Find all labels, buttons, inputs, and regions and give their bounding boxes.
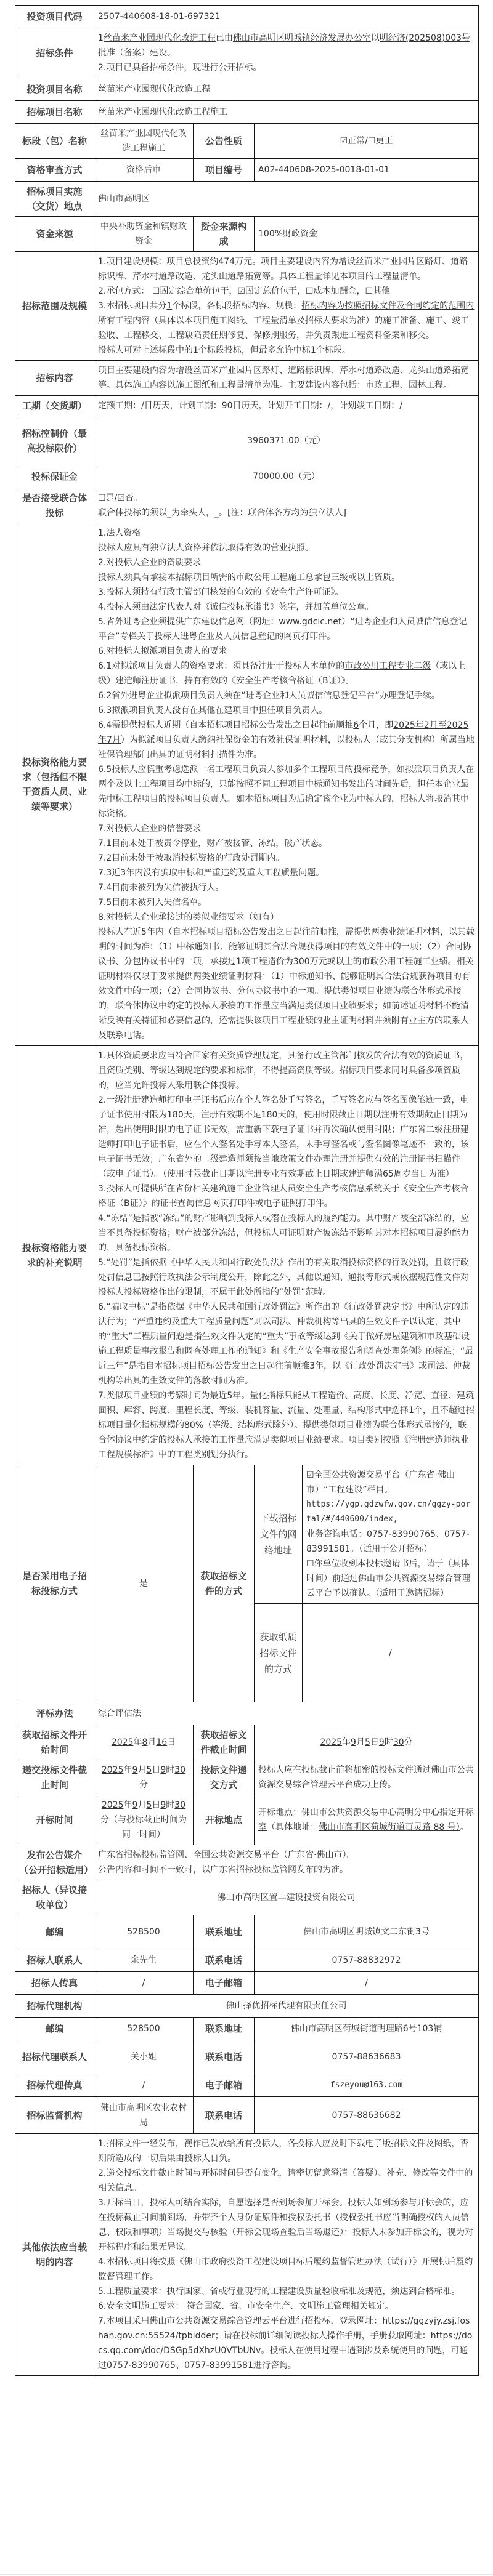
agency-email[interactable]: fszeyou@163.com [255, 2074, 479, 2097]
location-value: 佛山市高明区 [94, 182, 479, 217]
text: 。 [417, 272, 426, 281]
text: / [399, 401, 402, 411]
row-deposit: 投标保证金 70000.00（元） [15, 465, 479, 488]
approval-org: 佛山市高明区明城镇经济发展办公室 [233, 33, 371, 43]
row-conditions: 招标条件 1丝苗米产业园现代化改造工程已由佛山市高明区明城镇经济发展办公室以明经… [15, 28, 479, 78]
label: 联系地址 [194, 2018, 255, 2040]
label: 招标代理机构 [15, 1995, 94, 2018]
platform-link[interactable]: https://ygp.gdzwfw.gov.cn/ggzy-portal/#/… [306, 1497, 475, 1527]
doc-end-time: 2025年9月5日9时30分 [255, 1725, 479, 1760]
text: 5.省外进粤企业须提供广东建设信息网（网址：www.gdcic.net）“进粤企… [98, 614, 475, 644]
electronic-value: 是 [94, 1465, 194, 1702]
label: 招标监督机构 [15, 2097, 94, 2134]
other-value: 1.招标文件一经发布，视作已发放给所有投标人，各投标人应及时下载电子版招标文件及… [94, 2134, 479, 2376]
text: 7.3近3年内没有骗取中标和严重违约及重大工程质量问题。 [98, 866, 475, 880]
text: 月 [356, 1737, 365, 1747]
text: 300万元或以上的市政公用工程施工 [293, 957, 431, 967]
consortium-value: ☐是/☑否。 联合体投标的须以_为牵头人，_。[注：联合体各方均为独立法人] [94, 488, 479, 523]
text: 7.本项目采用佛山市公共资源交易综合管理云平台进行招投标，登录网址：https:… [98, 2314, 475, 2373]
label: 是否接受联合体投标 [15, 488, 94, 523]
label: 投标资格能力要求（包括但不限于资质人员、业绩等要求） [15, 523, 94, 1046]
label: 招标内容 [15, 361, 94, 396]
text: 90 [222, 401, 233, 411]
agency-value: 佛山择优招标代理有限责任公司 [94, 1995, 479, 2018]
row-invest-name: 投资项目名称 丝苗米产业园现代化改造工程 [15, 78, 479, 101]
text: 4.本招标项目将按照《佛山市政府投资工程建设项目标后履约监督管理办法（试行）》开… [98, 2255, 475, 2284]
agency-postcode: 528500 [94, 2018, 194, 2040]
text: 个月，即 [359, 720, 393, 730]
label: 招标代理联系人 [15, 2040, 94, 2074]
label: 获取招标文件截止时间 [194, 1725, 255, 1760]
approval-doc: 明经济(202508)003号 [380, 33, 470, 43]
content-value: 项目主要建设内容为增设丝苗米产业园片区路灯、道路标识牌、芹水村道路改造、龙头山道… [94, 361, 479, 396]
text: 佛山市高明区荷城街道百灵路 88 号） [319, 1822, 460, 1832]
text: 2.项目已具备招标条件，现进行公开招标。 [98, 60, 475, 75]
text: 5.工程质量要求：执行国家、省或行业现行的工程建设质量验收标准及规范，须达到合格… [98, 2284, 475, 2299]
text: 个标段，各标段招标内容、规模： [172, 301, 301, 311]
label: 下载招标文件的网络地址 [255, 1465, 303, 1604]
bid-project-name-value: 丝苗米产业园现代化改造工程施工 [94, 101, 479, 124]
label: 邮编 [15, 2018, 94, 2040]
row-evaluation: 评标办法 综合评估法 [15, 1702, 479, 1725]
text: 日历天，计划开工日期： [233, 401, 328, 411]
text: 8.对投标人企业承接过的类似业绩要求（如有） [98, 910, 475, 925]
label: 获取招标文件的方式 [194, 1465, 255, 1702]
notice-container: 投资项目代码 2507-440608-18-01-697321 招标条件 1丝苗… [0, 0, 493, 2376]
label: 招标项目实施（交货）地点 [15, 182, 94, 217]
text: 30 [393, 1737, 404, 1747]
contract-type: 2.承包方式： ☐固定综合单价包干，☑固定总价包干，☐成本加酬金，☐其他 [98, 284, 475, 299]
row-media: 发布公告媒介（公开招标适用） 广东省招标投标监管网、全国公共资源交易平台（广东省… [15, 1845, 479, 1880]
text: 。 [426, 331, 434, 340]
row-tenderer: 招标人（异议接收单位） 佛山市高明区置丰建设投资有限公司 [15, 1880, 479, 1915]
tenderer-postcode: 528500 [94, 1915, 194, 1949]
text: 。 [460, 1822, 469, 1832]
label: 标段（包）名称 [15, 124, 94, 159]
row-tenderer-post: 邮编 528500 联系地址 佛山市高明区明城镇文二东街3号 [15, 1915, 479, 1949]
text: 2.对投标人企业的资质要求 [98, 555, 475, 570]
text: 分 [100, 1815, 109, 1825]
conditions-value: 1丝苗米产业园现代化改造工程已由佛山市高明区明城镇经济发展办公室以明经济(202… [94, 28, 479, 78]
review-value: 资格后审 [94, 159, 194, 182]
row-location: 招标项目实施（交货）地点 佛山市高明区 [15, 182, 479, 217]
funding-composition-value: 100%财政资金 [255, 217, 479, 252]
label: 招标项目名称 [15, 101, 94, 124]
label: 联系地址 [194, 1915, 255, 1949]
row-tenderer-contact: 招标人联系人 余先生 联系电话 0757-88832972 [15, 1949, 479, 1972]
text: 日 [167, 1737, 176, 1747]
text: 以 [371, 33, 380, 43]
text: 16 [156, 1737, 167, 1747]
label: 资格审查方式 [15, 159, 94, 182]
text: 日 [152, 1800, 160, 1810]
text: 已由 [216, 33, 233, 43]
text: 批准（备案）建设。 [98, 48, 176, 58]
row-opening: 开标时间 2025年9月5日9时30分（与投标截止时间为同一时间） 开标地点 开… [15, 1795, 479, 1845]
text: ，计划竣工日期： [330, 401, 399, 411]
text: 日历天，计划工期： [144, 401, 222, 411]
funding-value: 中央补助资金和镇财政资金 [94, 217, 194, 252]
text: 月 [137, 1765, 146, 1775]
text: 年 [124, 1765, 132, 1775]
media-value: 广东省招标投标监管网、全国公共资源交易平台（广东省·佛山市）。 公告内容和时间不… [94, 1845, 479, 1880]
text: 年 [124, 1800, 132, 1810]
text: 月 [147, 1737, 156, 1747]
label: 是否采用电子招标投标方式 [15, 1465, 94, 1702]
label: 招标条件 [15, 28, 94, 78]
label: 其他依法应当载明的内容 [15, 2134, 94, 2376]
text: 2025 [102, 1800, 124, 1810]
text: 6.“骗取中标”是指依据《中华人民共和国行政处罚法》所作出的《行政处罚决定书》中… [98, 1300, 475, 1388]
text: 1 [98, 33, 104, 43]
text: 6.对投标人拟派项目负责人的要求 [98, 644, 475, 659]
text: 6.3拟派项目负责人没有在其他在建项目中担任项目负责人。 [98, 703, 475, 718]
row-other: 其他依法应当载明的内容 1.招标文件一经发布，视作已发放给所有投标人，各投标人应… [15, 2134, 479, 2376]
supervisor-value: 佛山市高明区农业农村局 [94, 2097, 194, 2134]
text: 时 [385, 1737, 393, 1747]
opening-time: 2025年9月5日9时30分（与投标截止时间为同一时间） [94, 1795, 194, 1845]
text: 7.4目前未被列为失信被执行人。 [98, 880, 475, 895]
text: 2025 [112, 1737, 134, 1747]
label: 电子邮箱 [194, 2074, 255, 2097]
label: 投资项目名称 [15, 78, 94, 101]
text: 开标地点： [258, 1808, 301, 1817]
label: 公告性质 [194, 124, 255, 159]
row-section: 标段（包）名称 丝苗米产业园现代化改造工程施工 公告性质 ☑正常/☐更正 [15, 124, 479, 159]
text: 年 [133, 1737, 142, 1747]
row-tenderer-fax: 招标人传真 / 电子邮箱 / [15, 1972, 479, 1995]
text: 3.开标当日，投标人可结合实际，自愿选择是否到场参加开标会。投标人如到场参与开标… [98, 2196, 475, 2255]
submit-method-value: 投标人应在投标截止前将加密的投标文件通过佛山市公共资源交易综合管理云平台成功上传… [255, 1760, 479, 1795]
doc-start-time: 2025年8月16日 [94, 1725, 194, 1760]
page-bottom-divider [0, 2574, 493, 2575]
project-no-value: A02-440608-2025-0018-01-01 [255, 159, 479, 182]
text: 3.投标人可提供所在省份相关建筑施工企业管理人员安全生产考核信息系统关于《安全生… [98, 1181, 475, 1211]
label: 招标代理传真 [15, 2074, 94, 2097]
text: 承接过 [210, 957, 236, 967]
label: 评标办法 [15, 1702, 94, 1725]
row-agency-contact: 招标代理联系人 关小姐 联系电话 0757-88636683 [15, 2040, 479, 2074]
label: 递交投标文件截止时间 [15, 1760, 94, 1795]
tenderer-address: 佛山市高明区明城镇文二东街3号 [255, 1915, 479, 1949]
label: 招标范围及规模 [15, 252, 94, 361]
row-consortium: 是否接受联合体投标 ☐是/☑否。 联合体投标的须以_为牵头人，_。[注：联合体各… [15, 488, 479, 523]
scope-value: 1.项目建设规模：项目总投资约474万元。项目主要建设内容为增设丝苗米产业园片区… [94, 252, 479, 361]
label: 开标地点 [194, 1795, 255, 1845]
text: 市政公用工程专业二级 [344, 661, 431, 671]
text: 1 [166, 301, 172, 311]
ceiling-price-value: 3960371.00（元） [94, 416, 479, 465]
text: 30 [174, 1765, 185, 1775]
text: 年 [342, 1737, 351, 1747]
text: 6.4需提供投标人近期（自本招标项目招标公告发出之日起往前顺推 [98, 720, 353, 730]
text: 4.“冻结”是指被“冻结”的财产影响到投标人或潜在投标人的履约能力。其中财产被全… [98, 1211, 475, 1255]
tender-notice-table: 投资项目代码 2507-440608-18-01-697321 招标条件 1丝苗… [15, 5, 479, 2376]
deposit-value: 70000.00（元） [94, 465, 479, 488]
label: 投标文件递交方式 [194, 1760, 255, 1795]
text: 1项工程造价为 [236, 957, 293, 967]
supplement-value: 1.具体资质要求应当符合国家有关资质管理规定，具备行政主管部门核发的合法有效的资… [94, 1046, 479, 1465]
label: 工期（交货期） [15, 396, 94, 416]
text: 时 [166, 1765, 174, 1775]
text: 3.投标人须持有行政主管部门核发的有效的《安全生产许可证》。 [98, 585, 475, 600]
platform-option: ☑全国公共资源交易平台（广东省·佛山市）“工程建设”栏目。 [306, 1468, 475, 1497]
agency-contact-name: 关小姐 [94, 2040, 194, 2074]
text: 3.本招标项目共分 [98, 301, 166, 311]
agency-fax-value: / [94, 2074, 194, 2097]
text: 联合体投标的须以_为牵头人，_。[注：联合体各方均为独立法人] [98, 505, 475, 520]
text: 9 [160, 1765, 166, 1775]
label: 获取招标文件开始时间 [15, 1725, 94, 1760]
text: 7.2目前未处于被取消投标资格的行政处罚期内。 [98, 851, 475, 866]
tenderer-value: 佛山市高明区置丰建设投资有限公司 [94, 1880, 479, 1915]
section-value: 丝苗米产业园现代化改造工程施工 [94, 124, 194, 159]
text: 日 [370, 1737, 379, 1747]
text: 1.招标文件一经发布，视作已发放给所有投标人，各投标人应及时下载电子版招标文件及… [98, 2136, 475, 2166]
label: 资金来源 [15, 217, 94, 252]
text: 6.1对拟派项目负责人的资格要求：须具备注册于投标人本单位的 [98, 661, 344, 671]
text: 7.1目前未处于被责令停业，财产被接管、冻结，破产状态。 [98, 836, 475, 851]
row-electronic: 是否采用电子招标投标方式 是 获取招标文件的方式 下载招标文件的网络地址 ☑全国… [15, 1465, 479, 1604]
text: 2025 [320, 1737, 342, 1747]
agency-address: 佛山市高明区荷城街道明理路6号103铺 [255, 2018, 479, 2040]
text: 2025 [102, 1765, 124, 1775]
label: 电子邮箱 [194, 1972, 255, 1995]
text: 定额工期： [98, 401, 141, 411]
online-download-value: ☑全国公共资源交易平台（广东省·佛山市）“工程建设”栏目。 https://yg… [303, 1465, 479, 1604]
text: 公告内容和时间不一致时，以广东省招标投标监管网发布的为准。 [98, 1862, 475, 1877]
project-name: 丝苗米产业园现代化改造工程 [104, 33, 216, 43]
text: 9 [379, 1737, 385, 1747]
text: 6.2省外进粤企业拟派项目负责人须在“进粤企业和人员诚信信息登记平台”办理登记手… [98, 688, 475, 703]
label: 项目编号 [194, 159, 255, 182]
label: 招标人联系人 [15, 1949, 94, 1972]
paper-value: / [303, 1604, 479, 1702]
agency-phone: 0757-88636683 [255, 2040, 479, 2074]
text: 投标人须具有承接本招标项目所需的 [98, 573, 236, 582]
label: 联系电话 [194, 2097, 255, 2134]
label: 招标人（异议接收单位） [15, 1880, 94, 1915]
label: 招标控制价（最高投标限价） [15, 416, 94, 465]
text: 分 [404, 1737, 413, 1747]
row-funding: 资金来源 中央补助资金和镇财政资金 资金来源构成 100%财政资金 [15, 217, 479, 252]
text: （具体地址： [267, 1822, 319, 1832]
supervisor-phone: 0757-88636682 [255, 2097, 479, 2134]
label: 联系电话 [194, 2040, 255, 2074]
text: 月 [137, 1800, 146, 1810]
text: 5.“处罚”是指依据《中华人民共和国行政处罚法》作出的有关取消投标资格的行政处罚… [98, 1255, 475, 1300]
text: 7.类似项目业绩的考察时间为最近5年。量化指标只能从工程造价、高度、长度、净宽、… [98, 1388, 475, 1462]
text: 5 [365, 1737, 370, 1747]
notice-nature-value: ☑正常/☐更正 [255, 124, 479, 159]
row-qualification: 投标资格能力要求（包括但不限于资质人员、业绩等要求） 1.法人资格 投标人应具有… [15, 523, 479, 1046]
text: 6.安全文明施工要求： 符合国家、省、市安全生产、文明施工管理相关规定。 [98, 2299, 475, 2314]
text: 6 [353, 720, 359, 730]
invest-code-value: 2507-440608-18-01-697321 [94, 6, 479, 28]
invest-name-value: 丝苗米产业园现代化改造工程 [94, 78, 479, 101]
row-submit: 递交投标文件截止时间 2025年9月5日9时30分 投标文件递交方式 投标人应在… [15, 1760, 479, 1795]
evaluation-value: 综合评估法 [94, 1702, 479, 1725]
row-agency: 招标代理机构 佛山择优招标代理有限责任公司 [15, 1995, 479, 2018]
tenderer-fax-value: / [94, 1972, 194, 1995]
label: 发布公告媒介（公开招标适用） [15, 1845, 94, 1880]
row-duration: 工期（交货期） 定额工期：/日历天，计划工期：90日历天，计划开工日期：/，计划… [15, 396, 479, 416]
row-scope: 招标范围及规模 1.项目建设规模：项目总投资约474万元。项目主要建设内容为增设… [15, 252, 479, 361]
tenderer-phone: 0757-88832972 [255, 1949, 479, 1972]
label: 投标保证金 [15, 465, 94, 488]
text: 或以上资质。 [348, 573, 400, 582]
invite-option: ☐你单位收到本投标邀请书后，请于（具体时间）前通过佛山市公共资源交易综合管理云平… [306, 1556, 475, 1601]
tenderer-email: / [255, 1972, 479, 1995]
label: 资金来源构成 [194, 217, 255, 252]
row-bid-project-name: 招标项目名称 丝苗米产业园现代化改造工程施工 [15, 101, 479, 124]
qualification-value: 1.法人资格 投标人应具有独立法人资格并依法取得有效的营业执照。 2.对投标人企… [94, 523, 479, 1046]
opening-place-value: 开标地点：佛山市公共资源交易中心高明分中心指定开标室（具体地址：佛山市高明区荷城… [255, 1795, 479, 1845]
row-content: 招标内容 项目主要建设内容为增设丝苗米产业园片区路灯、道路标识牌、芹水村道路改造… [15, 361, 479, 396]
text: 市政公用工程施工总承包三级 [236, 573, 348, 582]
text: 2.递交投标文件截止时间与开标时间是否有变化，请密切留意澄清（答疑）、补充、修改… [98, 2166, 475, 2196]
row-doc-time: 获取招标文件开始时间 2025年8月16日 获取招标文件截止时间 2025年9月… [15, 1725, 479, 1760]
text: 2.一级注册建造师打印电子证书后应在个人签名处手写签名，手写签名应与签名图像笔迹… [98, 1093, 475, 1181]
text: 9 [160, 1800, 166, 1810]
row-agency-post: 邮编 528500 联系地址 佛山市高明区荷城街道明理路6号103铺 [15, 2018, 479, 2040]
text: 业务咨询电话：0757-83990765、0757-83991581。（适用于公… [306, 1527, 475, 1556]
text: 4.投标人须由法定代表人对《诚信投标承诺书》签字，并加盖单位公章。 [98, 600, 475, 614]
text: 30 [174, 1800, 185, 1810]
text: 时 [166, 1800, 174, 1810]
text: 投标人可对上述标段中的1个标段投标，但最多允许中标1个标段。 [98, 343, 475, 358]
text: 1.法人资格 [98, 526, 475, 541]
label: 开标时间 [15, 1795, 94, 1845]
tenderer-contact-name: 余先生 [94, 1949, 194, 1972]
text: 分 [139, 1780, 148, 1790]
label: 投资项目代码 [15, 6, 94, 28]
row-agency-fax: 招标代理传真 / 电子邮箱 fszeyou@163.com [15, 2074, 479, 2097]
submit-deadline: 2025年9月5日9时30分 [94, 1760, 194, 1795]
text: 1.项目建设规模： [98, 257, 166, 267]
label: 获取纸质招标文件的方式 [255, 1604, 303, 1702]
text: 投标人应具有独立法人资格并依法取得有效的营业执照。 [98, 541, 475, 555]
text: （与投标截止时间为同一时间） [109, 1815, 187, 1840]
text: ）为拟派项目负责人缴纳社保资金的有效社保证明材料，以投标人（或其分支机构）所属当… [98, 735, 475, 760]
row-review: 资格审查方式 资格后审 项目编号 A02-440608-2025-0018-01… [15, 159, 479, 182]
duration-value: 定额工期：/日历天，计划工期：90日历天，计划开工日期：/，计划竣工日期：/ [94, 396, 479, 416]
label: 投标资格能力要求的补充说明 [15, 1046, 94, 1465]
text: 7.对投标人企业的信誉要求 [98, 821, 475, 836]
label: 邮编 [15, 1915, 94, 1949]
text: 广东省招标投标监管网、全国公共资源交易平台（广东省·佛山市）。 [98, 1848, 475, 1862]
text: ☐是/☑否。 [98, 491, 475, 505]
text: 9 [351, 1737, 356, 1747]
text: 业绩。相关证明材料仅限于要求提供两类业绩证明材料：（1）中标通知书、能够证明其合… [98, 957, 474, 1040]
label: 招标人传真 [15, 1972, 94, 1995]
label: 联系电话 [194, 1949, 255, 1972]
row-ceiling-price: 招标控制价（最高投标限价） 3960371.00（元） [15, 416, 479, 465]
row-supervisor: 招标监督机构 佛山市高明区农业农村局 联系电话 0757-88636682 [15, 2097, 479, 2134]
text: 7.5目前未被列入失信名单。 [98, 895, 475, 910]
text: 1.具体资质要求应当符合国家有关资质管理规定，具备行政主管部门核发的合法有效的资… [98, 1049, 475, 1093]
row-supplement: 投标资格能力要求的补充说明 1.具体资质要求应当符合国家有关资质管理规定，具备行… [15, 1046, 479, 1465]
row-invest-code: 投资项目代码 2507-440608-18-01-697321 [15, 6, 479, 28]
text: 日 [152, 1765, 160, 1775]
text: 6.5投标人应慎重考虑选派一名工程项目负责人参加多个工程项目的投标竞争，如拟派项… [98, 762, 475, 821]
